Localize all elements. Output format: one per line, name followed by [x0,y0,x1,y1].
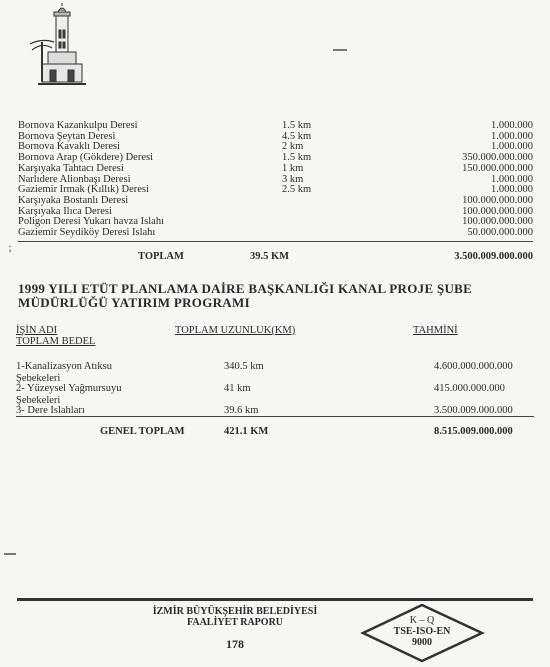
scan-speck [333,49,347,51]
stream-cost: 100.000.000.000 [462,216,533,227]
stream-cost: 1.000.000 [491,184,533,195]
stream-cost: 1.000.000 [491,131,533,142]
program-total-label: GENEL TOPLAM [100,426,185,438]
stream-row: Gaziemir Seydiköy Deresi Islahı50.000.00… [18,227,533,238]
cert-line-3: 9000 [392,637,452,648]
stream-cost: 1.000.000 [491,174,533,185]
header-cost: TOPLAM BEDEL [16,336,95,347]
program-total-length: 421.1 KM [224,426,268,438]
program-title: 1999 YILI ETÜT PLANLAMA DAİRE BAŞKANLIĞI… [18,282,538,310]
stream-length: 1.5 km [282,120,311,131]
program-row-1-name: 1-Kanalizasyon Atıksu Şebekeleri [16,361,156,385]
program-total-cost: 8.515.009.000.000 [434,426,513,438]
streams-total-label: TOPLAM [138,251,184,262]
streams-total-rule [18,241,533,242]
stream-row: Bornova Kazankulpu Deresi1.5 km1.000.000 [18,120,533,131]
program-row-1-cost: 4.600.000.000.000 [434,361,513,373]
stream-row: Narlıdere Alionbaşı Deresi3 km1.000.000 [18,174,533,185]
stream-cost: 100.000.000.000 [462,195,533,206]
streams-total-cost: 3.500.009.000.000 [454,251,533,262]
footer-rule [17,598,533,601]
stream-cost: 1.000.000 [491,141,533,152]
stream-name: Bornova Şeytan Deresi [18,131,115,142]
program-row-2-length: 41 km [224,383,251,395]
streams-total-length: 39.5 KM [250,251,289,262]
header-estimate: TAHMİNİ [413,325,458,336]
stream-name: Bornova Kavaklı Deresi [18,141,120,152]
stream-name: Poligon Deresi Yukarı havza Islahı [18,216,164,227]
program-total-rule [16,416,534,417]
stream-name: Karşıyaka Bostanlı Deresi [18,195,128,206]
stream-cost: 1.000.000 [491,120,533,131]
stream-cost: 100.000.000.000 [462,206,533,217]
stream-row: Bornova Arap (Gökdere) Deresi1.5 km350.0… [18,152,533,163]
stream-name: Bornova Arap (Gökdere) Deresi [18,152,153,163]
program-row-2-cost: 415.000.000.000 [434,383,505,395]
program-row-2-name: 2- Yüzeysel Yağmursuyu Şebekeleri [16,383,156,407]
scan-mark: ⁏ [8,243,11,254]
stream-cost: 350.000.000.000 [462,152,533,163]
stream-row: Karşıyaka Ilıca Deresi100.000.000.000 [18,206,533,217]
cert-line-2: TSE-ISO-EN [392,626,452,637]
izmir-clock-tower-icon [20,2,95,87]
stream-name: Karşıyaka Ilıca Deresi [18,206,112,217]
program-row-1-length: 340.5 km [224,361,264,373]
stream-name: Bornova Kazankulpu Deresi [18,120,138,131]
stream-row: Karşıyaka Tahtacı Deresi1 km150.000.000.… [18,163,533,174]
cert-line-1: K – Q [392,615,452,626]
stream-name: Karşıyaka Tahtacı Deresi [18,163,124,174]
header-name: İŞİN ADI [16,325,57,336]
stream-row: Bornova Şeytan Deresi4.5 km1.000.000 [18,131,533,142]
stream-name: Narlıdere Alionbaşı Deresi [18,174,131,185]
stream-row: Karşıyaka Bostanlı Deresi100.000.000.000 [18,195,533,206]
header-length: TOPLAM UZUNLUK(KM) [175,325,295,336]
stream-cost: 50.000.000.000 [467,227,533,238]
stream-row: Gaziemir Irmak (Kıllık) Deresi2.5 km1.00… [18,184,533,195]
stream-name: Gaziemir Irmak (Kıllık) Deresi [18,184,149,195]
stream-row: Bornova Kavaklı Deresi2 km1.000.000 [18,141,533,152]
stream-length: 2 km [282,141,303,152]
stream-length: 1 km [282,163,303,174]
stream-length: 4.5 km [282,131,311,142]
stream-length: 3 km [282,174,303,185]
stream-length: 1.5 km [282,152,311,163]
stream-name: Gaziemir Seydiköy Deresi Islahı [18,227,155,238]
stream-row: Poligon Deresi Yukarı havza Islahı100.00… [18,216,533,227]
scan-speck [4,553,16,555]
stream-length: 2.5 km [282,184,311,195]
stream-cost: 150.000.000.000 [462,163,533,174]
